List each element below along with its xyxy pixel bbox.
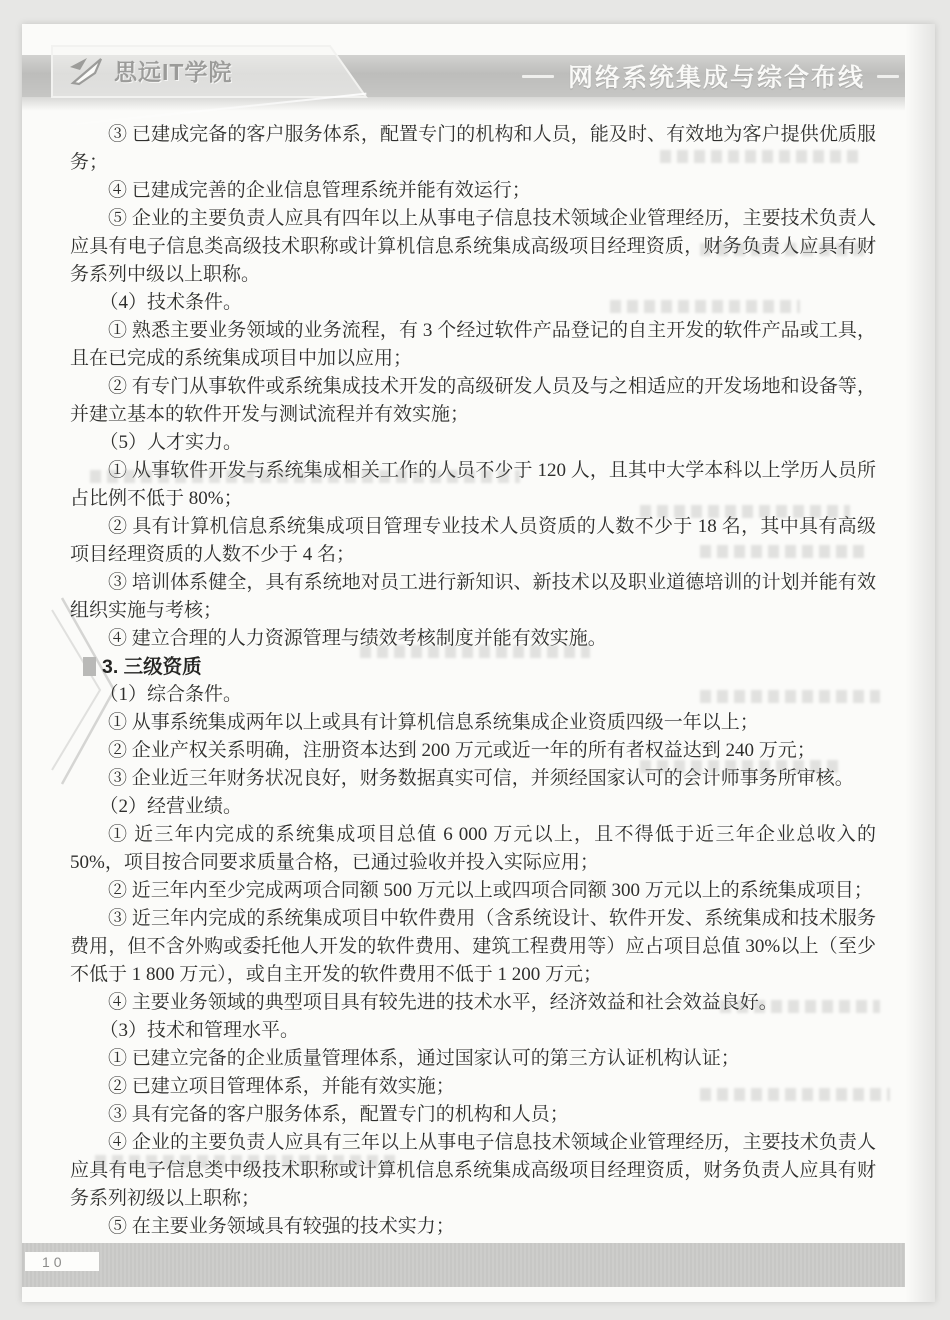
- paragraph: ⑤ 企业的主要负责人应具有四年以上从事电子信息技术领域企业管理经历，主要技术负责…: [70, 205, 876, 289]
- heading-text: 3. 三级资质: [102, 656, 202, 678]
- section-heading: 3. 三级资质: [70, 653, 876, 681]
- paragraph: ① 已建立完备的企业质量管理体系，通过国家认可的第三方认证机构认证；: [70, 1045, 876, 1073]
- subsection-heading: （1）综合条件。: [70, 681, 876, 709]
- paragraph: ① 近三年内完成的系统集成项目总值 6 000 万元以上，且不得低于近三年企业总…: [70, 821, 876, 877]
- body-text: ③ 已建成完备的客户服务体系，配置专门的机构和人员，能及时、有效地为客户提供优质…: [70, 121, 876, 1269]
- paragraph: ① 熟悉主要业务领域的业务流程，有 3 个经过软件产品登记的自主开发的软件产品或…: [70, 317, 876, 373]
- page-number-box: 10: [25, 1252, 99, 1271]
- siyuan-logo-icon: [68, 56, 106, 86]
- heading-marker: [83, 657, 96, 676]
- paragraph: ② 具有计算机信息系统集成项目管理专业技术人员资质的人数不少于 18 名，其中具…: [70, 513, 876, 569]
- book-page: 思远IT学院 网络系统集成与综合布线 ③ 已建成完备的客户服务体系，配置专门的机…: [22, 24, 935, 1302]
- paragraph: ④ 主要业务领域的典型项目具有较先进的技术水平，经济效益和社会效益良好。: [70, 989, 876, 1017]
- subsection-heading: （5）人才实力。: [70, 429, 876, 457]
- subsection-heading: （2）经营业绩。: [70, 793, 876, 821]
- scan-background: 思远IT学院 网络系统集成与综合布线 ③ 已建成完备的客户服务体系，配置专门的机…: [0, 0, 950, 1320]
- page-edge-shadow: [905, 24, 935, 1302]
- subsection-heading: （4）技术条件。: [70, 289, 876, 317]
- footer-bar: 10: [22, 1243, 905, 1287]
- paragraph: ③ 具有完备的客户服务体系，配置专门的机构和人员；: [70, 1101, 876, 1129]
- book-title: 网络系统集成与综合布线: [568, 58, 865, 94]
- title-dash-icon: [522, 75, 554, 78]
- paragraph: ④ 建立合理的人力资源管理与绩效考核制度并能有效实施。: [70, 625, 876, 653]
- paragraph: ② 已建立项目管理体系，并能有效实施；: [70, 1073, 876, 1101]
- header-title-area: 网络系统集成与综合布线: [522, 55, 905, 97]
- paragraph: ① 从事软件开发与系统集成相关工作的人员不少于 120 人，且其中大学本科以上学…: [70, 457, 876, 513]
- logo-text: 思远IT学院: [114, 54, 232, 87]
- paragraph: ③ 已建成完备的客户服务体系，配置专门的机构和人员，能及时、有效地为客户提供优质…: [70, 121, 876, 177]
- paragraph: ③ 企业近三年财务状况良好，财务数据真实可信，并须经国家认可的会计师事务所审核。: [70, 765, 876, 793]
- paragraph: ① 从事系统集成两年以上或具有计算机信息系统集成企业资质四级一年以上；: [70, 709, 876, 737]
- paragraph: ③ 近三年内完成的系统集成项目中软件费用（含系统设计、软件开发、系统集成和技术服…: [70, 905, 876, 989]
- paragraph: ④ 企业的主要负责人应具有三年以上从事电子信息技术领域企业管理经历，主要技术负责…: [70, 1129, 876, 1213]
- subsection-heading: （3）技术和管理水平。: [70, 1017, 876, 1045]
- page-number: 10: [25, 1254, 66, 1270]
- paragraph: ③ 培训体系健全，具有系统地对员工进行新知识、新技术以及职业道德培训的计划并能有…: [70, 569, 876, 625]
- paragraph: ⑤ 在主要业务领域具有较强的技术实力；: [70, 1213, 876, 1241]
- paragraph: ② 有专门从事软件或系统集成技术开发的高级研发人员及与之相适应的开发场地和设备等…: [70, 373, 876, 429]
- title-dash-icon: [877, 75, 899, 78]
- paragraph: ④ 已建成完善的企业信息管理系统并能有效运行；: [70, 177, 876, 205]
- paragraph: ② 近三年内至少完成两项合同额 500 万元以上或四项合同额 300 万元以上的…: [70, 877, 876, 905]
- paragraph: ② 企业产权关系明确，注册资本达到 200 万元或近一年的所有者权益达到 240…: [70, 737, 876, 765]
- logo: 思远IT学院: [68, 54, 232, 87]
